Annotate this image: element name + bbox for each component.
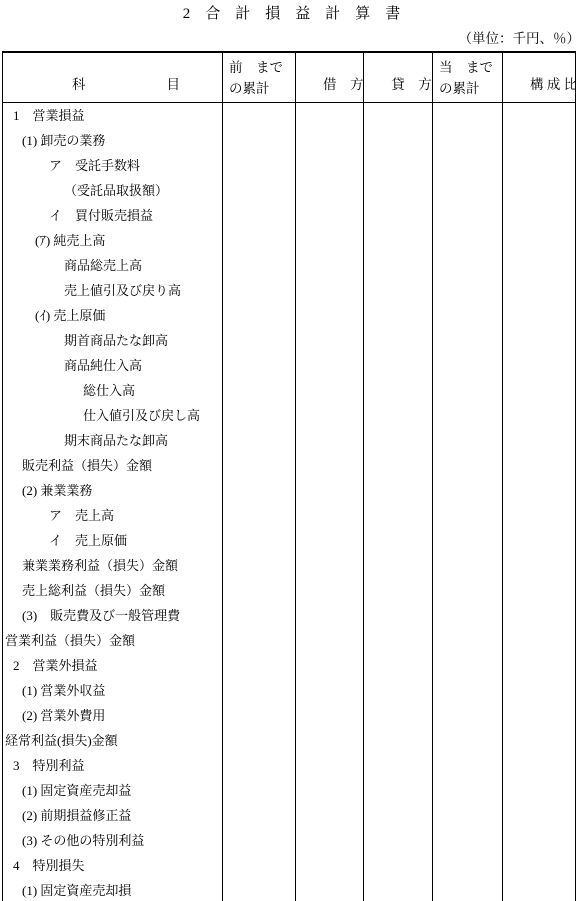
table-row: (1) 固定資産売却損 xyxy=(3,878,575,901)
table-row: 売上値引及び戻り高 xyxy=(3,278,575,303)
subject-cell: 兼業業務利益（損失）金額 xyxy=(3,553,223,578)
prev-cumulative-cell xyxy=(223,553,296,578)
composition-ratio-cell xyxy=(503,178,575,203)
credit-cell xyxy=(364,353,433,378)
subject-cell: ア 売上高 xyxy=(3,503,223,528)
row-label: (3) その他の特別利益 xyxy=(3,828,222,853)
prev-cumulative-cell xyxy=(223,628,296,653)
debit-cell xyxy=(296,603,364,628)
current-cumulative-cell xyxy=(433,103,503,128)
row-label: 期末商品たな卸高 xyxy=(3,428,222,453)
prev-cumulative-cell xyxy=(223,103,296,128)
debit-cell xyxy=(296,378,364,403)
table-row: イ 買付販売損益 xyxy=(3,203,575,228)
table-row: 3 特別利益 xyxy=(3,753,575,778)
current-cumulative-cell xyxy=(433,578,503,603)
credit-cell xyxy=(364,703,433,728)
current-cumulative-cell xyxy=(433,203,503,228)
prev-cumulative-cell xyxy=(223,353,296,378)
current-cumulative-cell xyxy=(433,228,503,253)
row-label: 営業利益（損失）金額 xyxy=(3,628,222,653)
composition-ratio-column-header: 構 成 比 xyxy=(503,53,575,102)
current-cumulative-cell xyxy=(433,853,503,878)
page-title: 2 合 計 損 益 計 算 書 xyxy=(0,2,583,23)
row-label: 売上値引及び戻り高 xyxy=(3,278,222,303)
row-label: イ 買付販売損益 xyxy=(3,203,222,228)
row-label: ア 売上高 xyxy=(3,503,222,528)
prev-cumulative-cell xyxy=(223,603,296,628)
prev-cumulative-cell xyxy=(223,403,296,428)
credit-cell xyxy=(364,228,433,253)
row-label: （受託品取扱額） xyxy=(3,178,222,203)
current-cumulative-column-header: 当 まで の累計 xyxy=(433,53,503,102)
row-label: (2) 営業外費用 xyxy=(3,703,222,728)
current-cumulative-header-line2: の累計 xyxy=(433,78,502,99)
current-cumulative-cell xyxy=(433,253,503,278)
row-label: 仕入値引及び戻し高 xyxy=(3,403,222,428)
row-label: 商品純仕入高 xyxy=(3,353,222,378)
debit-cell xyxy=(296,278,364,303)
debit-cell xyxy=(296,178,364,203)
subject-cell: (3) その他の特別利益 xyxy=(3,828,223,853)
credit-cell xyxy=(364,103,433,128)
prev-cumulative-cell xyxy=(223,428,296,453)
current-cumulative-cell xyxy=(433,628,503,653)
subject-cell: 4 特別損失 xyxy=(3,853,223,878)
debit-cell xyxy=(296,228,364,253)
prev-cumulative-cell xyxy=(223,153,296,178)
prev-cumulative-cell xyxy=(223,128,296,153)
prev-cumulative-cell xyxy=(223,303,296,328)
composition-ratio-cell xyxy=(503,403,575,428)
prev-cumulative-cell xyxy=(223,753,296,778)
prev-cumulative-cell xyxy=(223,178,296,203)
debit-cell xyxy=(296,553,364,578)
current-cumulative-cell xyxy=(433,453,503,478)
debit-cell xyxy=(296,328,364,353)
prev-cumulative-cell xyxy=(223,228,296,253)
credit-cell xyxy=(364,578,433,603)
row-label: ア 受託手数料 xyxy=(3,153,222,178)
debit-cell xyxy=(296,503,364,528)
subject-cell: 仕入値引及び戻し高 xyxy=(3,403,223,428)
subject-cell: (1) 卸売の業務 xyxy=(3,128,223,153)
row-label: (3) 販売費及び一般管理費 xyxy=(3,603,222,628)
debit-cell xyxy=(296,578,364,603)
current-cumulative-cell xyxy=(433,478,503,503)
composition-ratio-cell xyxy=(503,128,575,153)
prev-cumulative-cell xyxy=(223,528,296,553)
row-label: 商品総売上高 xyxy=(3,253,222,278)
table-row: 販売利益（損失）金額 xyxy=(3,453,575,478)
current-cumulative-cell xyxy=(433,803,503,828)
table-row: 期首商品たな卸高 xyxy=(3,328,575,353)
credit-cell xyxy=(364,428,433,453)
credit-cell xyxy=(364,328,433,353)
prev-cumulative-cell xyxy=(223,653,296,678)
credit-cell xyxy=(364,803,433,828)
row-label: 4 特別損失 xyxy=(3,853,222,878)
subject-cell: 売上総利益（損失）金額 xyxy=(3,578,223,603)
table-body: 1 営業損益 (1) 卸売の業務 ア 受託手数料 （受託品取扱額） xyxy=(3,103,575,901)
current-cumulative-header-line1: 当 まで xyxy=(433,57,502,78)
composition-ratio-cell xyxy=(503,203,575,228)
current-cumulative-cell xyxy=(433,403,503,428)
debit-cell xyxy=(296,128,364,153)
composition-ratio-cell xyxy=(503,153,575,178)
composition-ratio-header-label: 構 成 比 xyxy=(530,77,575,92)
credit-cell xyxy=(364,378,433,403)
table-row: 経常利益(損失)金額 xyxy=(3,728,575,753)
composition-ratio-cell xyxy=(503,303,575,328)
current-cumulative-cell xyxy=(433,378,503,403)
row-label: 1 営業損益 xyxy=(3,103,222,128)
debit-cell xyxy=(296,303,364,328)
composition-ratio-cell xyxy=(503,878,575,901)
composition-ratio-cell xyxy=(503,628,575,653)
debit-cell xyxy=(296,828,364,853)
subject-cell: (1) 固定資産売却益 xyxy=(3,778,223,803)
table-row: 兼業業務利益（損失）金額 xyxy=(3,553,575,578)
current-cumulative-cell xyxy=(433,878,503,901)
debit-cell xyxy=(296,653,364,678)
current-cumulative-cell xyxy=(433,278,503,303)
table-row: 商品純仕入高 xyxy=(3,353,575,378)
composition-ratio-cell xyxy=(503,278,575,303)
debit-header-label: 借 方 xyxy=(323,77,364,92)
composition-ratio-cell xyxy=(503,753,575,778)
current-cumulative-cell xyxy=(433,178,503,203)
prev-cumulative-cell xyxy=(223,478,296,503)
credit-header-label: 貸 方 xyxy=(391,77,432,92)
credit-column-header: 貸 方 xyxy=(364,53,433,102)
table-row: 期末商品たな卸高 xyxy=(3,428,575,453)
prev-cumulative-cell xyxy=(223,778,296,803)
debit-cell xyxy=(296,778,364,803)
table-row: (2) 前期損益修正益 xyxy=(3,803,575,828)
composition-ratio-cell xyxy=(503,853,575,878)
prev-cumulative-cell xyxy=(223,503,296,528)
debit-cell xyxy=(296,103,364,128)
credit-cell xyxy=(364,878,433,901)
row-label: (2) 兼業業務 xyxy=(3,478,222,503)
credit-cell xyxy=(364,503,433,528)
debit-cell xyxy=(296,253,364,278)
table-row: (ｱ) 純売上高 xyxy=(3,228,575,253)
composition-ratio-cell xyxy=(503,478,575,503)
profit-loss-table: 科 目 前 まで の累計 借 方 貸 方 当 まで の累計 構 成 比 1 xyxy=(2,51,576,901)
credit-cell xyxy=(364,253,433,278)
current-cumulative-cell xyxy=(433,153,503,178)
subject-cell: 販売利益（損失）金額 xyxy=(3,453,223,478)
row-label: 総仕入高 xyxy=(3,378,222,403)
credit-cell xyxy=(364,553,433,578)
debit-cell xyxy=(296,628,364,653)
credit-cell xyxy=(364,478,433,503)
row-label: (1) 営業外収益 xyxy=(3,678,222,703)
table-row: 総仕入高 xyxy=(3,378,575,403)
row-label: (1) 卸売の業務 xyxy=(3,128,222,153)
current-cumulative-cell xyxy=(433,328,503,353)
debit-cell xyxy=(296,753,364,778)
subject-cell: 1 営業損益 xyxy=(3,103,223,128)
table-row: (1) 固定資産売却益 xyxy=(3,778,575,803)
table-row: (2) 営業外費用 xyxy=(3,703,575,728)
table-row: イ 売上原価 xyxy=(3,528,575,553)
composition-ratio-cell xyxy=(503,728,575,753)
subject-cell: 経常利益(損失)金額 xyxy=(3,728,223,753)
credit-cell xyxy=(364,728,433,753)
subject-cell: 2 営業外損益 xyxy=(3,653,223,678)
debit-cell xyxy=(296,428,364,453)
credit-cell xyxy=(364,453,433,478)
row-label: 3 特別利益 xyxy=(3,753,222,778)
credit-cell xyxy=(364,203,433,228)
row-label: (ｱ) 純売上高 xyxy=(3,228,222,253)
prev-cumulative-cell xyxy=(223,853,296,878)
subject-cell: 総仕入高 xyxy=(3,378,223,403)
credit-cell xyxy=(364,678,433,703)
credit-cell xyxy=(364,403,433,428)
current-cumulative-cell xyxy=(433,528,503,553)
prev-cumulative-header-line1: 前 まで xyxy=(223,57,295,78)
current-cumulative-cell xyxy=(433,428,503,453)
credit-cell xyxy=(364,778,433,803)
prev-cumulative-cell xyxy=(223,328,296,353)
table-row: (1) 卸売の業務 xyxy=(3,128,575,153)
subject-cell: 3 特別利益 xyxy=(3,753,223,778)
row-label: 期首商品たな卸高 xyxy=(3,328,222,353)
debit-cell xyxy=(296,528,364,553)
prev-cumulative-header-line2: の累計 xyxy=(223,78,295,99)
credit-cell xyxy=(364,753,433,778)
table-row: 1 営業損益 xyxy=(3,103,575,128)
subject-cell: 期首商品たな卸高 xyxy=(3,328,223,353)
profit-loss-statement-page: 2 合 計 損 益 計 算 書 （単位：千円、％） 科 目 前 まで の累計 借… xyxy=(0,0,583,901)
prev-cumulative-cell xyxy=(223,803,296,828)
credit-cell xyxy=(364,278,433,303)
current-cumulative-cell xyxy=(433,603,503,628)
table-row: ア 受託手数料 xyxy=(3,153,575,178)
subject-cell: 営業利益（損失）金額 xyxy=(3,628,223,653)
composition-ratio-cell xyxy=(503,353,575,378)
current-cumulative-cell xyxy=(433,353,503,378)
prev-cumulative-cell xyxy=(223,203,296,228)
composition-ratio-cell xyxy=(503,428,575,453)
subject-cell: 期末商品たな卸高 xyxy=(3,428,223,453)
composition-ratio-cell xyxy=(503,603,575,628)
subject-cell: (2) 営業外費用 xyxy=(3,703,223,728)
current-cumulative-cell xyxy=(433,128,503,153)
prev-cumulative-cell xyxy=(223,878,296,901)
table-row: 売上総利益（損失）金額 xyxy=(3,578,575,603)
table-row: 商品総売上高 xyxy=(3,253,575,278)
prev-cumulative-cell xyxy=(223,253,296,278)
prev-cumulative-cell xyxy=(223,728,296,753)
subject-cell: イ 買付販売損益 xyxy=(3,203,223,228)
debit-cell xyxy=(296,853,364,878)
table-row: （受託品取扱額） xyxy=(3,178,575,203)
debit-cell xyxy=(296,878,364,901)
composition-ratio-cell xyxy=(503,803,575,828)
table-row: (2) 兼業業務 xyxy=(3,478,575,503)
subject-cell: (ｱ) 純売上高 xyxy=(3,228,223,253)
debit-cell xyxy=(296,153,364,178)
subject-cell: ア 受託手数料 xyxy=(3,153,223,178)
subject-cell: 商品純仕入高 xyxy=(3,353,223,378)
subject-cell: (ｲ) 売上原価 xyxy=(3,303,223,328)
subject-header-label: 科 目 xyxy=(72,77,180,92)
composition-ratio-cell xyxy=(503,228,575,253)
composition-ratio-cell xyxy=(503,778,575,803)
subject-cell: （受託品取扱額） xyxy=(3,178,223,203)
debit-cell xyxy=(296,478,364,503)
debit-cell xyxy=(296,678,364,703)
subject-cell: (2) 兼業業務 xyxy=(3,478,223,503)
row-label: (1) 固定資産売却益 xyxy=(3,778,222,803)
credit-cell xyxy=(364,603,433,628)
table-header-row: 科 目 前 まで の累計 借 方 貸 方 当 まで の累計 構 成 比 xyxy=(3,53,575,103)
composition-ratio-cell xyxy=(503,328,575,353)
subject-cell: 商品総売上高 xyxy=(3,253,223,278)
composition-ratio-cell xyxy=(503,653,575,678)
current-cumulative-cell xyxy=(433,553,503,578)
subject-cell: 売上値引及び戻り高 xyxy=(3,278,223,303)
subject-cell: (1) 固定資産売却損 xyxy=(3,878,223,901)
subject-cell: (2) 前期損益修正益 xyxy=(3,803,223,828)
credit-cell xyxy=(364,628,433,653)
credit-cell xyxy=(364,153,433,178)
table-row: (ｲ) 売上原価 xyxy=(3,303,575,328)
row-label: (ｲ) 売上原価 xyxy=(3,303,222,328)
credit-cell xyxy=(364,128,433,153)
credit-cell xyxy=(364,528,433,553)
subject-column-header: 科 目 xyxy=(3,53,223,102)
debit-cell xyxy=(296,728,364,753)
table-row: 2 営業外損益 xyxy=(3,653,575,678)
composition-ratio-cell xyxy=(503,503,575,528)
prev-cumulative-column-header: 前 まで の累計 xyxy=(223,53,296,102)
prev-cumulative-cell xyxy=(223,378,296,403)
debit-cell xyxy=(296,803,364,828)
composition-ratio-cell xyxy=(503,578,575,603)
row-label: 経常利益(損失)金額 xyxy=(3,728,222,753)
row-label: 2 営業外損益 xyxy=(3,653,222,678)
current-cumulative-cell xyxy=(433,653,503,678)
current-cumulative-cell xyxy=(433,828,503,853)
debit-cell xyxy=(296,403,364,428)
composition-ratio-cell xyxy=(503,828,575,853)
current-cumulative-cell xyxy=(433,678,503,703)
table-row: ア 売上高 xyxy=(3,503,575,528)
debit-cell xyxy=(296,203,364,228)
prev-cumulative-cell xyxy=(223,453,296,478)
prev-cumulative-cell xyxy=(223,828,296,853)
current-cumulative-cell xyxy=(433,728,503,753)
composition-ratio-cell xyxy=(503,703,575,728)
current-cumulative-cell xyxy=(433,778,503,803)
composition-ratio-cell xyxy=(503,453,575,478)
table-row: (1) 営業外収益 xyxy=(3,678,575,703)
credit-cell xyxy=(364,303,433,328)
prev-cumulative-cell xyxy=(223,703,296,728)
row-label: イ 売上原価 xyxy=(3,528,222,553)
subject-cell: イ 売上原価 xyxy=(3,528,223,553)
current-cumulative-cell xyxy=(433,503,503,528)
credit-cell xyxy=(364,653,433,678)
row-label: 販売利益（損失）金額 xyxy=(3,453,222,478)
debit-column-header: 借 方 xyxy=(296,53,364,102)
composition-ratio-cell xyxy=(503,528,575,553)
row-label: (2) 前期損益修正益 xyxy=(3,803,222,828)
debit-cell xyxy=(296,353,364,378)
current-cumulative-cell xyxy=(433,703,503,728)
credit-cell xyxy=(364,178,433,203)
prev-cumulative-cell xyxy=(223,278,296,303)
table-row: 仕入値引及び戻し高 xyxy=(3,403,575,428)
composition-ratio-cell xyxy=(503,103,575,128)
prev-cumulative-cell xyxy=(223,578,296,603)
composition-ratio-cell xyxy=(503,553,575,578)
unit-note: （単位：千円、％） xyxy=(459,27,581,47)
row-label: 売上総利益（損失）金額 xyxy=(3,578,222,603)
prev-cumulative-cell xyxy=(223,678,296,703)
debit-cell xyxy=(296,703,364,728)
debit-cell xyxy=(296,453,364,478)
table-row: (3) 販売費及び一般管理費 xyxy=(3,603,575,628)
table-row: 4 特別損失 xyxy=(3,853,575,878)
subject-cell: (1) 営業外収益 xyxy=(3,678,223,703)
subject-cell: (3) 販売費及び一般管理費 xyxy=(3,603,223,628)
credit-cell xyxy=(364,828,433,853)
composition-ratio-cell xyxy=(503,678,575,703)
row-label: (1) 固定資産売却損 xyxy=(3,878,222,901)
current-cumulative-cell xyxy=(433,303,503,328)
composition-ratio-cell xyxy=(503,378,575,403)
table-row: (3) その他の特別利益 xyxy=(3,828,575,853)
row-label: 兼業業務利益（損失）金額 xyxy=(3,553,222,578)
table-row: 営業利益（損失）金額 xyxy=(3,628,575,653)
composition-ratio-cell xyxy=(503,253,575,278)
credit-cell xyxy=(364,853,433,878)
current-cumulative-cell xyxy=(433,753,503,778)
